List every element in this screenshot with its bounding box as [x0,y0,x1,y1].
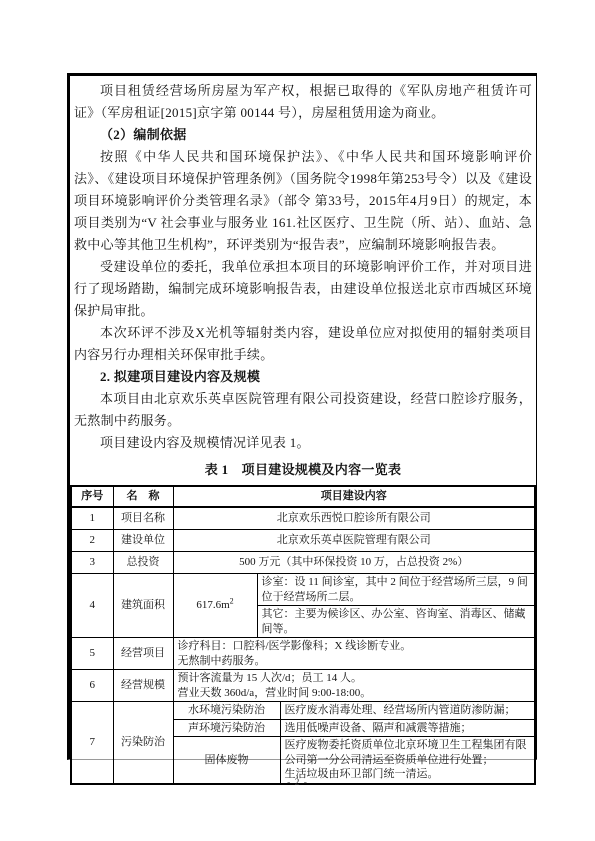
table-title: 表 1 项目建设规模及内容一览表 [74,459,532,481]
row-content-cell: 500 万元（其中环保投资 10 万，占总投资 2%） [173,552,535,574]
row-name-cell: 项目名称 [113,507,173,530]
other-rooms-cell: 其它：主要为候诊区、办公室、咨询室、消毒区、储藏间等。 [257,606,535,638]
header-name-cell: 名 称 [113,486,173,507]
clinic-rooms-cell: 诊室：设 11 间诊室，其中 2 间位于经营场所三层，9 间位于经营场所二层。 [257,574,535,606]
paragraph-commission: 受建设单位的委托，我单位承担本项目的环境影响评价工作，并对项目进行了现场踏勘，编… [74,256,532,322]
pollution-solid-line1: 医疗废物委托资质单位北京环境卫生工程集团有限公司第一分公司清运至资质单位进行处置… [285,738,531,767]
floor-area-value-cell: 617.6m2 [173,574,257,638]
row-content-cell: 北京欢乐西悦口腔诊所有限公司 [173,507,535,530]
section-heading-scale: 2. 拟建项目建设内容及规模 [74,366,532,388]
business-scale-line1: 预计客流量为 15 人次/d；员工 14 人。 [178,671,531,686]
row-name-cell: 总投资 [113,552,173,574]
row-index-cell: 4 [71,574,113,638]
form-content: 项目租赁经营场所房屋为军产权，根据已取得的《军队房地产租赁许可证》（军房租证[2… [70,76,536,785]
row-index-cell: 3 [71,552,113,574]
row-content-cell: 诊疗科目：口腔科/医学影像科；X 线诊断专业。 无熬制中药服务。 [173,638,535,670]
row-name-cell: 建设单位 [113,530,173,552]
table-row-investment: 3 总投资 500 万元（其中环保投资 10 万，占总投资 2%） [71,552,535,574]
row-name-cell: 建筑面积 [113,574,173,638]
paragraph-radiation: 本次环评不涉及X光机等辐射类内容，建设单位应对拟使用的辐射类项目内容另行办理相关… [74,322,532,366]
table-row-floor-area: 4 建筑面积 617.6m2 诊室：设 11 间诊室，其中 2 间位于经营场所三… [71,574,535,606]
header-content-cell: 项目建设内容 [173,486,535,507]
pollution-solid-label-cell: 固体废物 [173,737,280,784]
section-heading-basis: （2）编制依据 [74,124,532,146]
pollution-solid-content-cell: 医疗废物委托资质单位北京环境卫生工程集团有限公司第一分公司清运至资质单位进行处置… [280,737,535,784]
pollution-noise-label-cell: 声环境污染防治 [173,719,280,737]
business-scale-line2: 营业天数 360d/a，营业时间 9:00-18:00。 [178,686,531,701]
row-index-cell: 1 [71,507,113,530]
row-name-cell: 经营规模 [113,670,173,702]
row-index-cell: 5 [71,638,113,670]
pollution-noise-content-cell: 选用低噪声设备、隔声和减震等措施； [280,719,535,737]
project-overview-table: 序号 名 称 项目建设内容 1 项目名称 北京欢乐西悦口腔诊所有限公司 2 建设… [70,485,536,785]
row-name-cell: 污染防治 [113,702,173,784]
paragraph-regulations: 按照《中华人民共和国环境保护法》、《中华人民共和国环境影响评价法》、《建设项目环… [74,146,532,256]
table-row-project-name: 1 项目名称 北京欢乐西悦口腔诊所有限公司 [71,507,535,530]
row-name-cell: 经营项目 [113,638,173,670]
floor-area-superscript: 2 [230,597,234,606]
form-border-frame: 项目租赁经营场所房屋为军产权，根据已取得的《军队房地产租赁许可证》（军房租证[2… [67,73,537,760]
paragraph-lease: 项目租赁经营场所房屋为军产权，根据已取得的《军队房地产租赁许可证》（军房租证[2… [74,80,532,124]
table-row-builder: 2 建设单位 北京欢乐英卓医院管理有限公司 [71,530,535,552]
row-content-cell: 预计客流量为 15 人次/d；员工 14 人。 营业天数 360d/a，营业时间… [173,670,535,702]
row-index-cell: 7 [71,702,113,784]
table-row-business-items: 5 经营项目 诊疗科目：口腔科/医学影像科；X 线诊断专业。 无熬制中药服务。 [71,638,535,670]
table-row-pollution-water: 7 污染防治 水环境污染防治 医疗废水消毒处理、经营场所内管道防渗防漏； [71,702,535,720]
header-index-cell: 序号 [71,486,113,507]
paragraph-see-table: 项目建设内容及规模情况详见表 1。 [74,432,532,454]
pollution-water-content-cell: 医疗废水消毒处理、经营场所内管道防渗防漏； [280,702,535,720]
row-content-cell: 北京欢乐英卓医院管理有限公司 [173,530,535,552]
page-number: - 2 - [0,778,595,788]
floor-area-value: 617.6m [196,599,229,611]
table-header-row: 序号 名 称 项目建设内容 [71,486,535,507]
row-index-cell: 2 [71,530,113,552]
row-index-cell: 6 [71,670,113,702]
business-items-line2: 无熬制中药服务。 [178,654,531,669]
business-items-line1: 诊疗科目：口腔科/医学影像科；X 线诊断专业。 [178,639,531,654]
document-page: 项目租赁经营场所房屋为军产权，根据已取得的《军队房地产租赁许可证》（军房租证[2… [0,0,595,841]
pollution-water-label-cell: 水环境污染防治 [173,702,280,720]
table-row-business-scale: 6 经营规模 预计客流量为 15 人次/d；员工 14 人。 营业天数 360d… [71,670,535,702]
paragraph-investor: 本项目由北京欢乐英卓医院管理有限公司投资建设，经营口腔诊疗服务，无熬制中药服务。 [74,388,532,432]
